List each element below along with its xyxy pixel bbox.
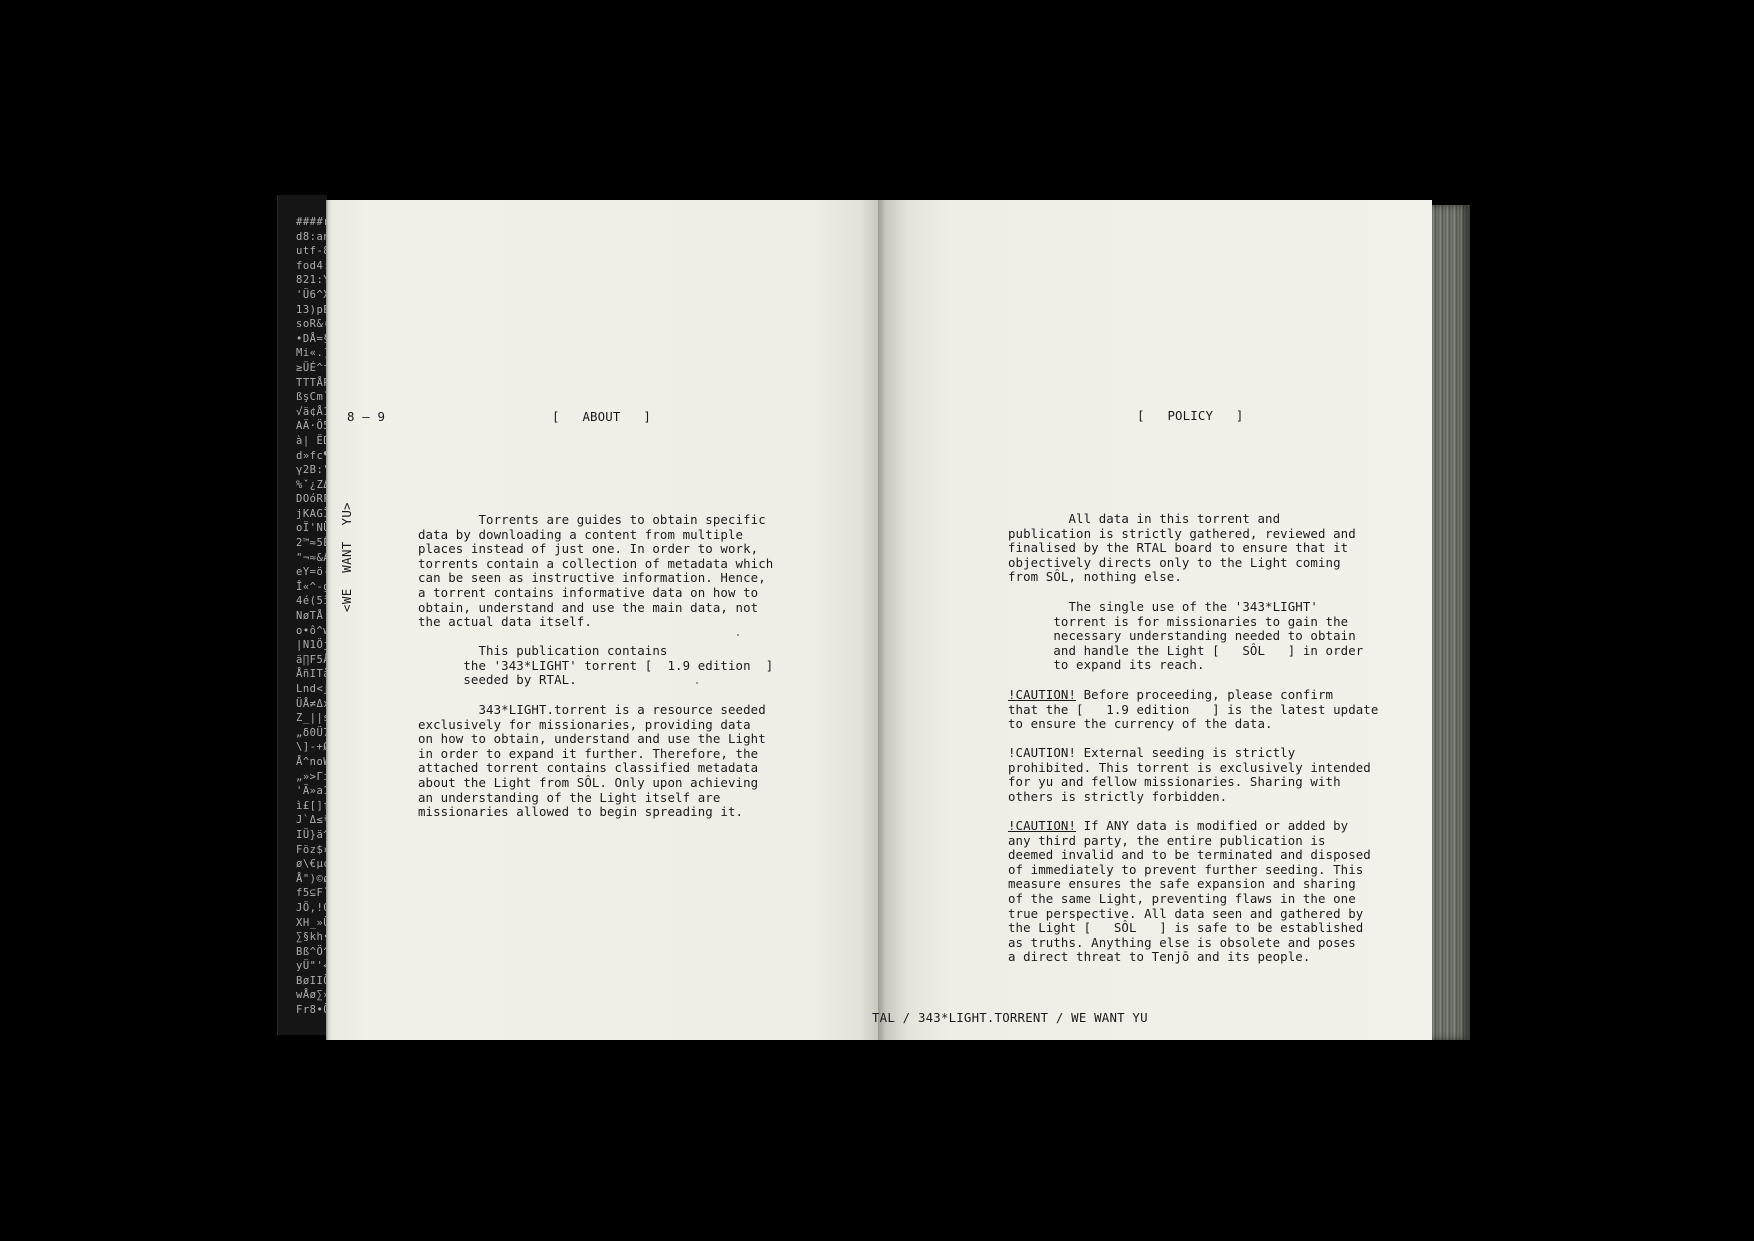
caution-label: !CAUTION!	[1008, 818, 1076, 833]
policy-caution-2: !CAUTION! External seeding is strictly p…	[1008, 746, 1371, 804]
about-paragraph-1: Torrents are guides to obtain specific d…	[418, 513, 773, 630]
spine-glyph-row: Å^noW	[278, 755, 327, 770]
spine-glyph-row: fod4:	[278, 259, 327, 274]
spine-glyph-row: 2™≈5Ê	[278, 536, 327, 551]
spine-glyph-row: 4é(5ì	[278, 594, 327, 609]
spine-glyph-row: 13)pÉ	[278, 303, 327, 318]
paper-fleck	[696, 682, 698, 684]
spine-glyph-row: NøTÅ	[278, 609, 327, 624]
spine-glyph-row: Z_||s4	[278, 711, 327, 726]
spine-glyph-row: DOóRF	[278, 492, 327, 507]
spine-glyph-row: jKAGÏ	[278, 507, 327, 522]
spine-glyph-row: utf-8	[278, 244, 327, 259]
spine-glyph-row: IÜ}ä^	[278, 828, 327, 843]
spine-glyph-row: √ä¢Å1	[278, 405, 327, 420]
spine-glyph-row: ì£[]f	[278, 799, 327, 814]
about-paragraph-2: This publication contains the '343*LIGHT…	[418, 644, 773, 688]
spine-glyph-row: 'Ä»a1	[278, 784, 327, 799]
spine-glyph-row: ÜÅ≠Δx	[278, 697, 327, 712]
running-footer: TAL / 343*LIGHT.TORRENT / WE WANT YU	[872, 1010, 1148, 1025]
spine-glyph-row: •DÅ=§	[278, 332, 327, 347]
spine-glyph-row: d8:an	[278, 230, 327, 245]
spine-glyph-row: Lnd<∫	[278, 682, 327, 697]
spine-glyph-row: oÏ'NÜ	[278, 521, 327, 536]
spine-glyph-row: „δ0Ü7	[278, 726, 327, 741]
section-heading-policy: [ POLICY ]	[1137, 409, 1244, 424]
caution-label: !CAUTION!	[1008, 745, 1076, 760]
spine-glyph-row: f5⊆F`	[278, 886, 327, 901]
policy-caution-3: !CAUTION! If ANY data is modified or add…	[1008, 819, 1371, 965]
spine-glyph-row: Bß^Ö^	[278, 945, 327, 960]
spine-glyph-row: TTTÅP	[278, 376, 327, 391]
spine-glyph-row: ÅñITåi	[278, 667, 327, 682]
spine-glyph-row: J`Δ≤ªD	[278, 813, 327, 828]
spine-glyph-row: Î«^-g	[278, 580, 327, 595]
spine-glyph-row: Fr8•Ö1	[278, 1003, 327, 1018]
spine-glyph-row: ä∏F5Å	[278, 653, 327, 668]
spine-glyph-row: Föz$¤	[278, 843, 327, 858]
spine-glyph-row: AÄ·Ö5	[278, 419, 327, 434]
spine-glyph-row: „»>Γi-	[278, 770, 327, 785]
spine-glyph-row: d»fc¶	[278, 449, 327, 464]
spine-glyph-row: yÜ"'<	[278, 959, 327, 974]
spine-glyph-row: 821:Y	[278, 273, 327, 288]
spine-glyph-row: ≥ÜÉ^†	[278, 361, 327, 376]
spine-glyph-row: %ˇ¿ZΔ	[278, 478, 327, 493]
spine-glyph-row: XH_»ÜP	[278, 916, 327, 931]
folio: 8 – 9	[347, 410, 385, 425]
page-fore-edge	[1432, 205, 1470, 1040]
paper-fleck	[737, 634, 739, 636]
spine-glyph-row: γ2B:"	[278, 463, 327, 478]
spine-glyph-row: eY=ö-ş	[278, 565, 327, 580]
spine-glyph-row: ####r	[278, 215, 327, 230]
spine-glyph-row: ßşCm`	[278, 390, 327, 405]
spine-glyph-row: à| ËD	[278, 434, 327, 449]
spine-glyph-row: Å")©ø	[278, 872, 327, 887]
section-heading-about: [ ABOUT ]	[552, 410, 651, 425]
about-paragraph-3: 343*LIGHT.torrent is a resource seeded e…	[418, 703, 766, 820]
spine-glyph-row: |N1Öj	[278, 638, 327, 653]
policy-paragraph-1: All data in this torrent and publication…	[1008, 512, 1356, 585]
running-vertical-title: <WE WANT YU>	[339, 502, 354, 612]
spine-glyph-row: ø\€µçÎ	[278, 857, 327, 872]
policy-paragraph-2: The single use of the '343*LIGHT' torren…	[1008, 600, 1363, 673]
spine-glyph-row: \]-+Ø	[278, 740, 327, 755]
spine-glyph-row: wÅø∑»	[278, 988, 327, 1003]
spine-glyph-row: o•ô^w	[278, 624, 327, 639]
spine-glyph-row: "¬≈&Á	[278, 551, 327, 566]
paper-fleck	[1258, 651, 1260, 653]
spine-glyph-row: soR&(	[278, 317, 327, 332]
spine-glyph-strip: ####rd8:anutf-8fod4:821:Y'Ü6^X13)pÉsoR&(…	[277, 195, 327, 1035]
spine-glyph-row: 'Ü6^X	[278, 288, 327, 303]
spine-glyph-row: ∑§kh•	[278, 930, 327, 945]
spine-glyph-row: JÖ,!0	[278, 901, 327, 916]
policy-caution-1: !CAUTION! Before proceeding, please conf…	[1008, 688, 1378, 732]
spine-glyph-row: BøIIÖn	[278, 974, 327, 989]
caution-label: !CAUTION!	[1008, 687, 1076, 702]
spine-glyph-row: Mi«.]	[278, 346, 327, 361]
